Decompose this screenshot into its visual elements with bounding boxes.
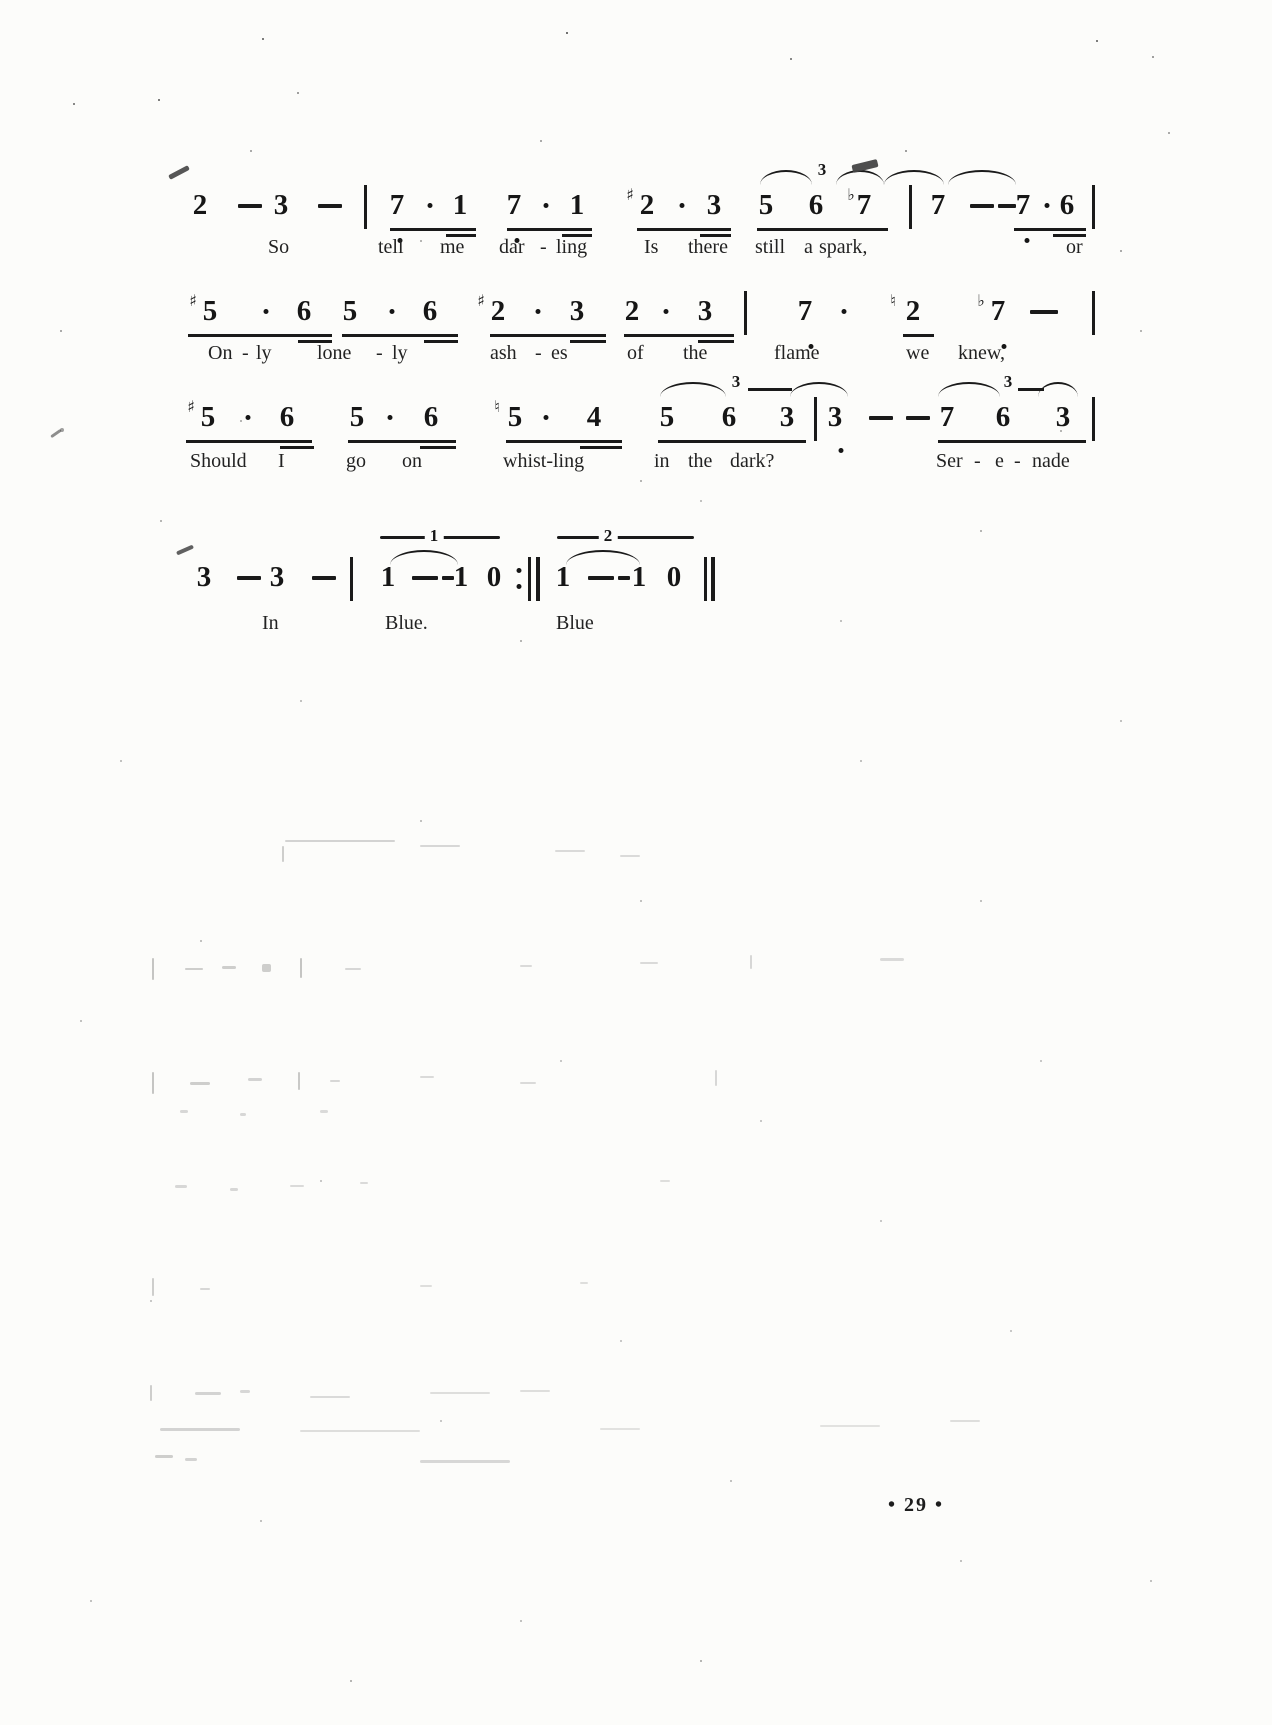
beam-underline-2 (424, 340, 458, 343)
beam-underline (1014, 228, 1086, 231)
scan-smudge (185, 968, 203, 970)
lyric-syllable: Blue (556, 612, 594, 635)
scan-smudge (230, 1188, 238, 1191)
scan-smudge (950, 1420, 980, 1422)
slur (938, 382, 1000, 397)
beam-underline (903, 334, 934, 337)
scan-smudge (620, 855, 640, 857)
note-digit: 1 (381, 560, 396, 594)
scan-smudge (420, 845, 460, 847)
note-digit: 5 (660, 400, 675, 434)
augmentation-dot (428, 203, 433, 208)
scan-smudge (320, 1110, 328, 1113)
lyric-syllable: Should (190, 450, 247, 473)
barline-thick (536, 557, 540, 601)
lyric-syllable: flame (774, 342, 820, 365)
lyric-syllable: Ser (936, 450, 963, 473)
slur (566, 550, 640, 565)
augmentation-dot (264, 309, 269, 314)
augmentation-dot (246, 415, 251, 420)
scan-smudge (160, 1428, 240, 1431)
lyric-syllable: go (346, 450, 366, 473)
scan-smudge (240, 1390, 250, 1393)
note-digit: 5 (759, 188, 774, 222)
beam-underline (624, 334, 734, 337)
duration-dash (318, 204, 342, 208)
note-digit: 3 (570, 294, 585, 328)
note-digit: 3 (1056, 400, 1071, 434)
scan-smudge (555, 850, 585, 852)
lyric-syllable: On (208, 342, 232, 365)
note-digit: 2 (640, 188, 655, 222)
note-digit: 4 (587, 400, 602, 434)
lyric-syllable: ly (392, 342, 408, 365)
slur (948, 170, 1016, 185)
beam-underline (938, 440, 1086, 443)
beam-underline (188, 334, 332, 337)
note-digit: 6 (996, 400, 1011, 434)
lyric-syllable: in (654, 450, 670, 473)
lyric-syllable: ling (556, 236, 587, 259)
barline (1092, 397, 1095, 441)
scan-smudge (750, 955, 752, 969)
lyric-syllable: In (262, 612, 279, 635)
accidental: ♮ (890, 292, 896, 310)
accidental: ♯ (477, 292, 485, 310)
note-digit: 2 (625, 294, 640, 328)
note-digit: 3 (270, 560, 285, 594)
lyric-syllable: - (540, 236, 547, 259)
augmentation-dot (536, 309, 541, 314)
note-digit: 6 (297, 294, 312, 328)
lyric-syllable: tell (378, 236, 404, 259)
lyric-syllable: - (1014, 450, 1021, 473)
beam-underline-2 (420, 446, 456, 449)
scan-smudge (200, 1288, 210, 1290)
lyric-syllable: Is (644, 236, 658, 259)
barline (1092, 291, 1095, 335)
beam-underline (348, 440, 456, 443)
accidental: ♯ (189, 292, 197, 310)
scan-smudge (330, 1080, 340, 1082)
tuplet-number: 3 (732, 372, 741, 392)
augmentation-dot (388, 415, 393, 420)
scan-smudge (520, 965, 532, 967)
note-digit: 6 (809, 188, 824, 222)
duration-dash (618, 576, 630, 580)
note-digit: 5 (201, 400, 216, 434)
scan-smudge (168, 165, 190, 180)
scan-smudge (282, 846, 284, 862)
lyric-syllable: nade (1032, 450, 1070, 473)
note-digit: 7 (940, 400, 955, 434)
beam-underline-2 (280, 446, 314, 449)
low-octave-dot (1025, 238, 1030, 243)
note-digit: 5 (508, 400, 523, 434)
note-digit: 3 (698, 294, 713, 328)
note-digit: 6 (722, 400, 737, 434)
note-digit: 1 (453, 188, 468, 222)
beam-underline-2 (580, 446, 622, 449)
note-digit: 5 (343, 294, 358, 328)
beam-underline (390, 228, 476, 231)
augmentation-dot (664, 309, 669, 314)
scan-smudge (715, 1070, 717, 1086)
note-digit: 7 (1016, 188, 1031, 222)
augmentation-dot (842, 309, 847, 314)
slur (836, 170, 884, 185)
note-digit: 1 (570, 188, 585, 222)
low-octave-dot (839, 448, 844, 453)
note-digit: 2 (906, 294, 921, 328)
sheet-page: • 29 • 237171♯2356♭77763Sotellmedar-ling… (0, 0, 1272, 1725)
lyric-syllable: on (402, 450, 422, 473)
scan-smudge (60, 428, 64, 432)
slur (790, 382, 848, 397)
note-digit: 3 (828, 400, 843, 434)
accidental: ♮ (494, 398, 500, 416)
note-digit: 2 (193, 188, 208, 222)
lyric-syllable: me (440, 236, 464, 259)
barline-thick (711, 557, 715, 601)
accidental: ♯ (626, 186, 634, 204)
scan-smudge (310, 1396, 350, 1398)
scan-smudge (430, 1392, 490, 1394)
augmentation-dot (544, 415, 549, 420)
scan-smudge (190, 1082, 210, 1085)
note-digit: 6 (424, 400, 439, 434)
augmentation-dot (680, 203, 685, 208)
beam-underline (507, 228, 592, 231)
barline (1092, 185, 1095, 229)
accidental: ♭ (977, 292, 985, 310)
lyric-syllable: ly (256, 342, 272, 365)
slur (760, 170, 812, 185)
duration-dash (412, 576, 438, 580)
beam-underline (658, 440, 806, 443)
scan-smudge (248, 1078, 262, 1081)
scan-smudge (262, 964, 271, 972)
scan-smudge (300, 958, 302, 978)
duration-dash (237, 576, 261, 580)
note-digit: 7 (798, 294, 813, 328)
note-digit: 6 (1060, 188, 1075, 222)
duration-dash (1030, 310, 1058, 314)
lyric-syllable: lone (317, 342, 351, 365)
lyric-syllable: knew, (958, 342, 1005, 365)
lyric-syllable: dark? (730, 450, 774, 473)
lyric-syllable: of (627, 342, 644, 365)
scan-smudge (580, 1282, 588, 1284)
scan-smudge (155, 1455, 173, 1458)
lyric-syllable: Blue. (385, 612, 428, 635)
lyric-syllable: a (804, 236, 813, 259)
scan-smudge (222, 966, 236, 969)
augmentation-dot (1045, 203, 1050, 208)
note-digit: 7 (931, 188, 946, 222)
slur (1038, 382, 1078, 397)
lyric-syllable: - (535, 342, 542, 365)
scan-smudge (520, 1390, 550, 1392)
note-digit: 1 (632, 560, 647, 594)
barline (744, 291, 747, 335)
repeat-dot (517, 568, 522, 573)
scan-smudge (176, 545, 194, 556)
lyric-syllable: I (278, 450, 285, 473)
ending-number: 1 (425, 526, 444, 546)
lyric-syllable: there (688, 236, 728, 259)
scan-smudge (420, 1076, 434, 1078)
duration-dash (312, 576, 336, 580)
beam-underline (757, 228, 888, 231)
duration-dash (869, 416, 893, 420)
duration-dash (238, 204, 262, 208)
scan-smudge (152, 958, 154, 980)
beam-underline (186, 440, 312, 443)
lyric-syllable: the (688, 450, 712, 473)
scan-smudge (345, 968, 361, 970)
scan-smudge (150, 1385, 152, 1401)
barline (814, 397, 817, 441)
accidental: ♭ (847, 186, 855, 204)
scan-smudge (640, 962, 658, 964)
tuplet-number: 3 (818, 160, 827, 180)
note-digit: 0 (667, 560, 682, 594)
slur (660, 382, 726, 397)
scan-smudge (520, 1082, 536, 1084)
note-digit: 2 (491, 294, 506, 328)
note-digit: 3 (274, 188, 289, 222)
beam-underline (506, 440, 622, 443)
scan-smudge (152, 1072, 154, 1094)
note-digit: 1 (556, 560, 571, 594)
note-digit: 1 (454, 560, 469, 594)
lyric-syllable: whist-ling (503, 450, 584, 473)
note-digit: 7 (507, 188, 522, 222)
augmentation-dot (544, 203, 549, 208)
scan-smudge (175, 1185, 187, 1188)
scan-smudge (285, 840, 395, 842)
scan-smudge (290, 1185, 304, 1187)
tuplet-number: 3 (1004, 372, 1013, 392)
scan-smudge (180, 1110, 188, 1113)
augmentation-dot (390, 309, 395, 314)
scan-smudge (195, 1392, 221, 1395)
ending-number: 2 (599, 526, 618, 546)
note-digit: 5 (203, 294, 218, 328)
lyric-syllable: - (242, 342, 249, 365)
scan-smudge (600, 1428, 640, 1430)
scan-smudge (660, 1180, 670, 1182)
slur (390, 550, 458, 565)
duration-dash (998, 204, 1016, 208)
lyric-syllable: the (683, 342, 707, 365)
repeat-dot (517, 584, 522, 589)
scan-smudge (185, 1458, 197, 1461)
scan-smudge (880, 958, 904, 961)
note-digit: 0 (487, 560, 502, 594)
page-number: • 29 • (888, 1494, 944, 1517)
duration-dash (906, 416, 930, 420)
scan-smudge (300, 1430, 420, 1432)
scan-smudge (360, 1182, 368, 1184)
lyric-syllable: ash (490, 342, 517, 365)
lyric-syllable: or (1066, 236, 1083, 259)
lyric-syllable: So (268, 236, 289, 259)
scan-smudge (240, 1113, 246, 1116)
lyric-syllable: we (906, 342, 929, 365)
slur (884, 170, 944, 185)
scan-smudge (298, 1072, 300, 1090)
barline (909, 185, 912, 229)
accidental: ♯ (187, 398, 195, 416)
lyric-syllable: - (376, 342, 383, 365)
note-digit: 5 (350, 400, 365, 434)
note-digit: 7 (857, 188, 872, 222)
lyric-syllable: - (974, 450, 981, 473)
lyric-syllable: e (995, 450, 1004, 473)
note-digit: 3 (197, 560, 212, 594)
note-digit: 6 (280, 400, 295, 434)
duration-dash (588, 576, 614, 580)
beam-underline (637, 228, 731, 231)
scan-smudge (420, 1285, 432, 1287)
ending-bracket (557, 536, 694, 539)
scan-smudge (820, 1425, 880, 1427)
duration-dash (970, 204, 994, 208)
lyric-syllable: spark, (819, 236, 867, 259)
barline (350, 557, 353, 601)
note-digit: 6 (423, 294, 438, 328)
lyric-syllable: es (551, 342, 568, 365)
lyric-syllable: dar (499, 236, 525, 259)
note-digit: 7 (991, 294, 1006, 328)
barline (704, 557, 707, 601)
barline (364, 185, 367, 229)
scan-smudge (152, 1278, 154, 1296)
note-digit: 3 (707, 188, 722, 222)
note-digit: 3 (780, 400, 795, 434)
scan-smudge (420, 1460, 510, 1463)
barline (528, 557, 531, 601)
note-digit: 7 (390, 188, 405, 222)
duration-dash (442, 576, 454, 580)
tuplet-line (748, 388, 792, 391)
beam-underline (490, 334, 606, 337)
lyric-syllable: still (755, 236, 785, 259)
beam-underline (342, 334, 458, 337)
beam-underline-2 (570, 340, 606, 343)
